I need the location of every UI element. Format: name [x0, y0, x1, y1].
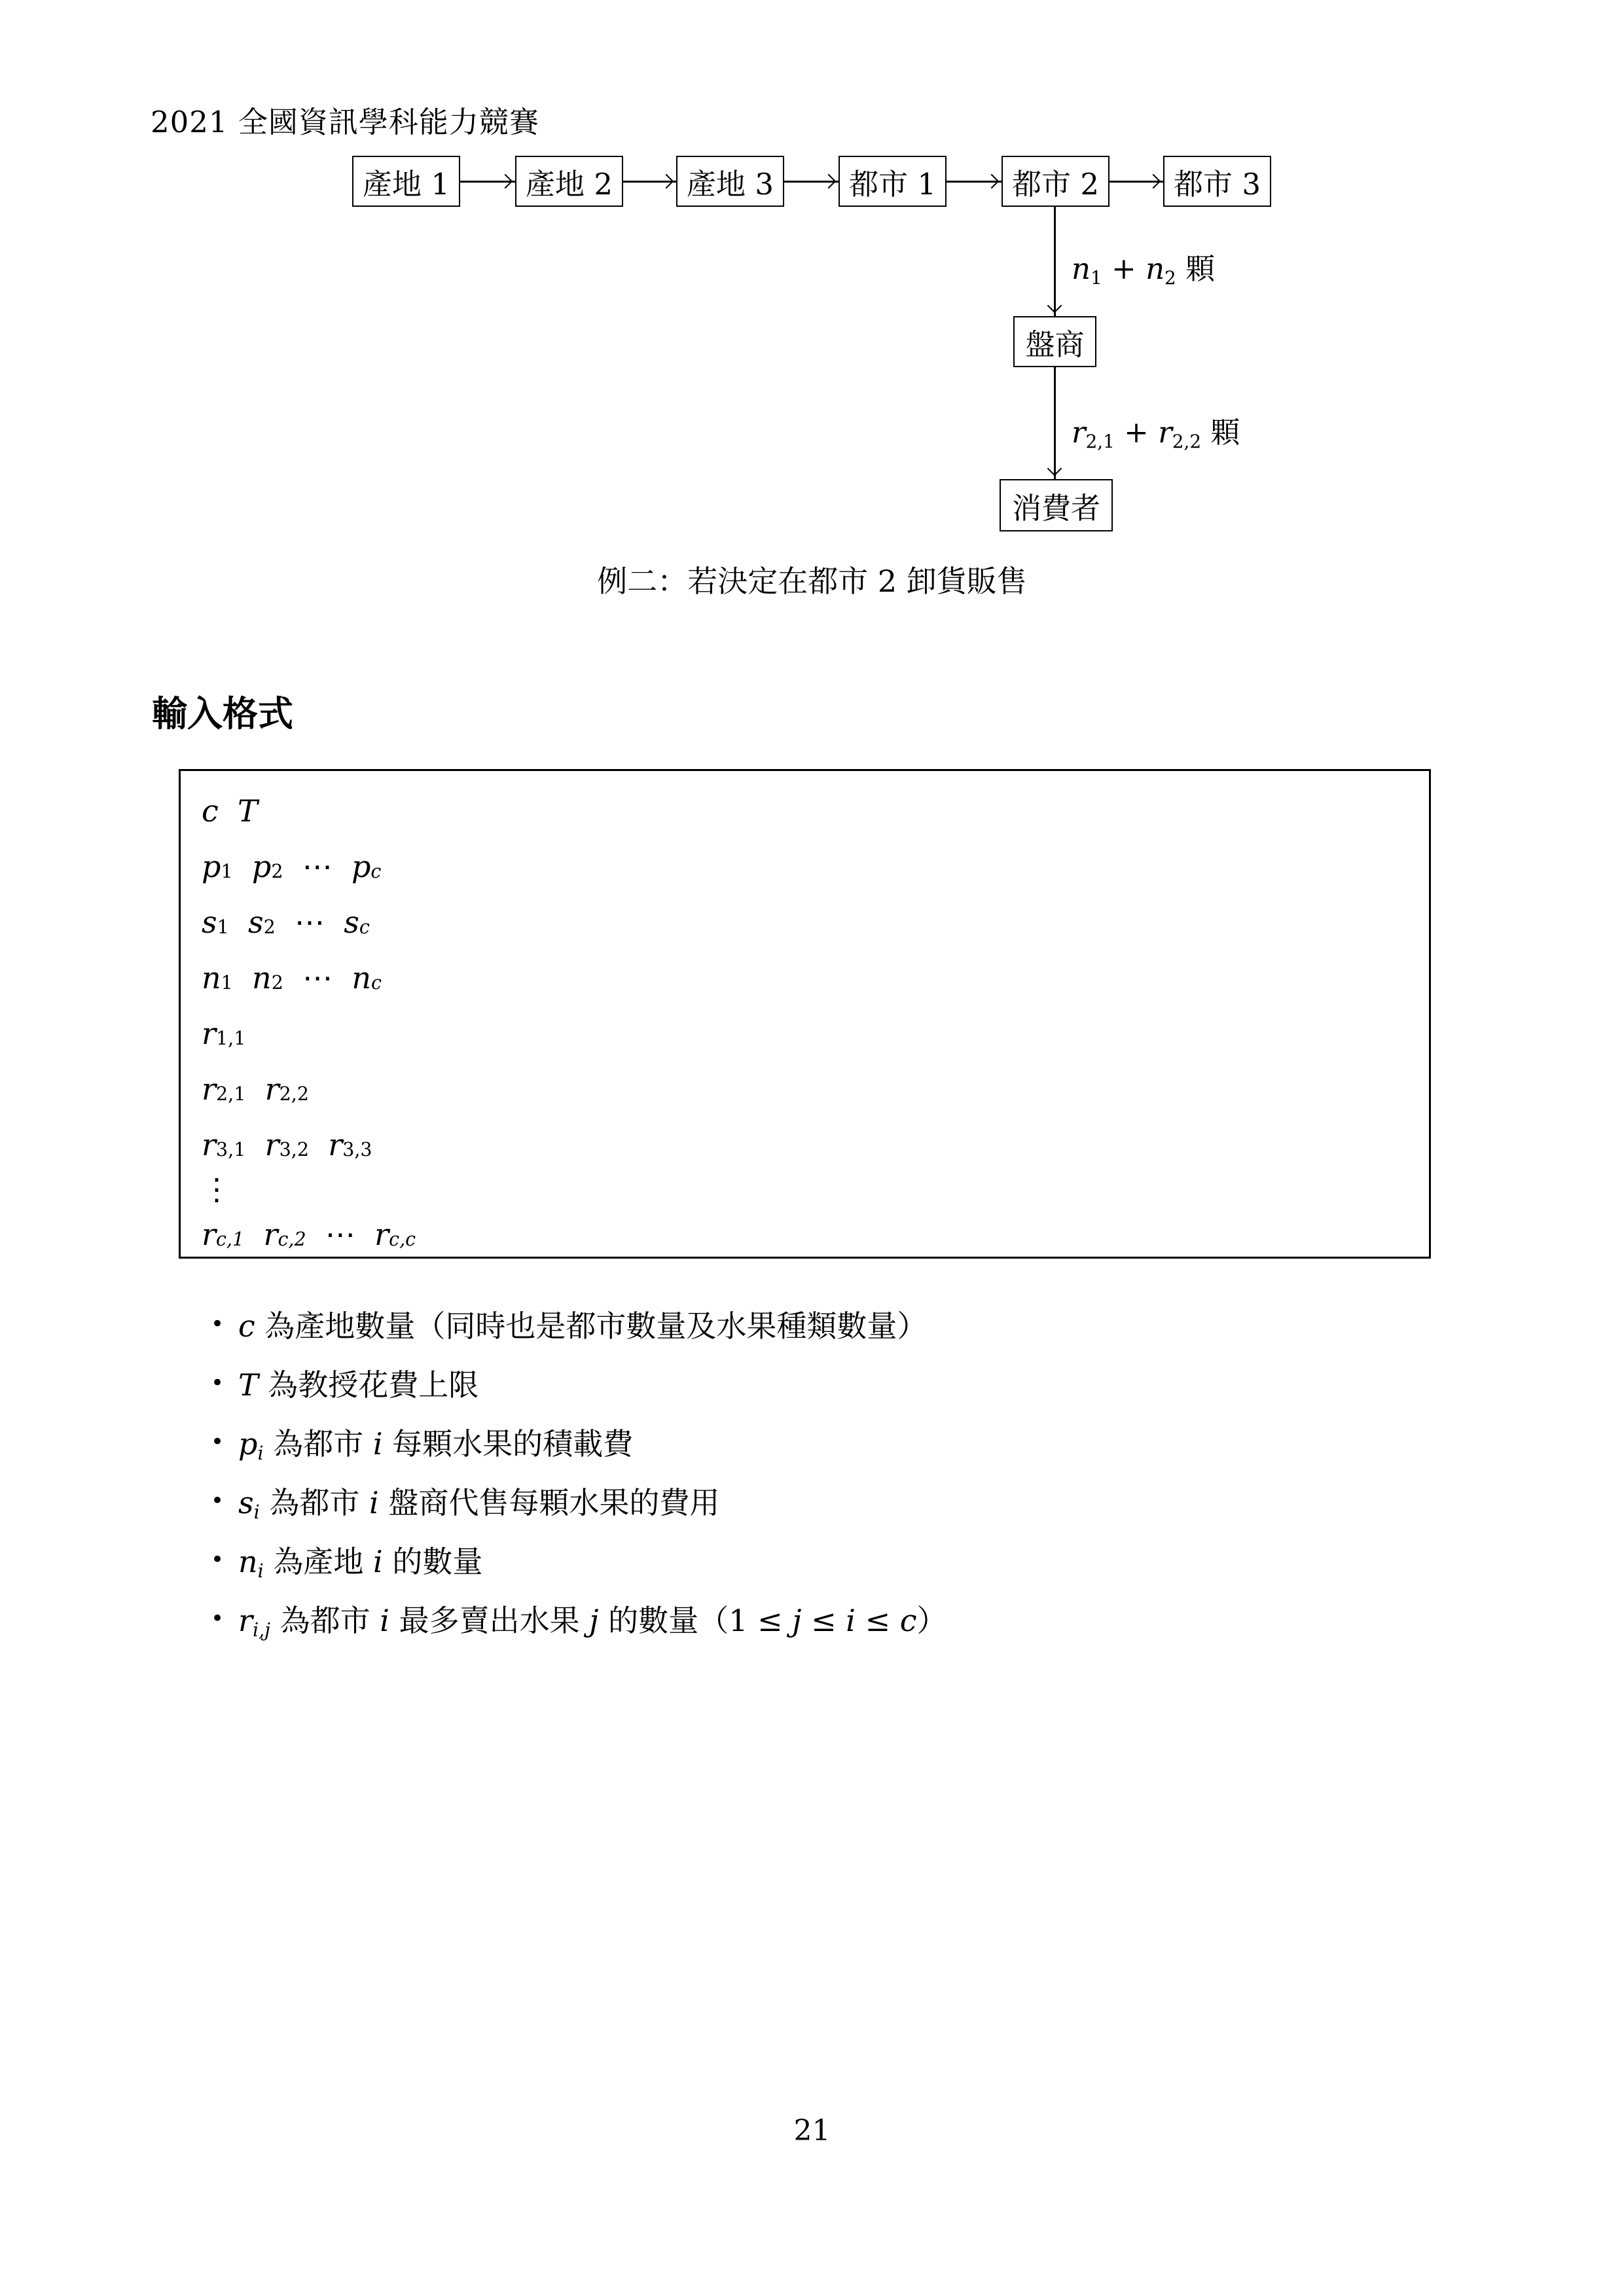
arrow2-label: r2,1 + r2,2 顆	[1072, 408, 1240, 451]
arrowhead-icon	[659, 174, 674, 189]
node-label: 都市 3	[1174, 160, 1261, 203]
node-consumer: 消費者	[1000, 479, 1113, 531]
arrowhead-icon	[821, 174, 837, 189]
input-format-heading: 輸入格式	[152, 686, 293, 736]
node-wholesaler: 盤商	[1013, 316, 1096, 367]
list-item-text: ri,j 為都市 i 最多賣出水果 j 的數量（1 ≤ j ≤ i ≤ c）	[238, 1597, 947, 1640]
format-line-5: r1,1	[202, 1005, 1429, 1061]
list-item-text: si 為都市 i 盤商代售每顆水果的費用	[238, 1479, 719, 1522]
node-origin-2: 產地 2	[515, 156, 623, 207]
node-label: 產地 3	[687, 160, 774, 203]
bullet-icon: •	[211, 1370, 238, 1396]
node-city-2: 都市 2	[1001, 156, 1110, 207]
list-item-text: c 為產地數量（同時也是都市數量及水果種類數量）	[238, 1302, 927, 1346]
format-line-1: c T	[202, 783, 1429, 838]
list-item: •si 為都市 i 盤商代售每顆水果的費用	[211, 1471, 947, 1530]
bullet-icon: •	[211, 1547, 238, 1573]
list-item-text: T 為教授花費上限	[238, 1361, 478, 1405]
bullet-icon: •	[211, 1488, 238, 1514]
diagram-caption: 例二：若決定在都市 2 卸貨販售	[0, 558, 1624, 601]
list-item: •ni 為產地 i 的數量	[211, 1530, 947, 1589]
list-item: •c 為產地數量（同時也是都市數量及水果種類數量）	[211, 1295, 947, 1354]
list-item: •ri,j 為都市 i 最多賣出水果 j 的數量（1 ≤ j ≤ i ≤ c）	[211, 1589, 947, 1648]
node-label: 產地 2	[526, 160, 613, 203]
format-line-4: n1 n2 ⋯ nc	[202, 950, 1429, 1005]
arrowhead-icon	[984, 174, 1000, 189]
format-line-6: r2,1 r2,2	[202, 1061, 1429, 1117]
format-line-vdots: ⋮	[202, 1172, 1429, 1206]
list-item: •pi 為都市 i 每顆水果的積載費	[211, 1412, 947, 1471]
format-line-7: r3,1 r3,2 r3,3	[202, 1117, 1429, 1172]
document-page: 2021 全國資訊學科能力競賽 產地 1 產地 2 產地 3 都市 1 都市 2…	[0, 0, 1624, 2296]
format-line-8: rc,1 rc,2 ⋯ rc,c	[202, 1206, 1429, 1262]
node-city-3: 都市 3	[1163, 156, 1271, 207]
node-label: 都市 2	[1012, 160, 1099, 203]
arrowhead-icon	[1047, 298, 1062, 314]
node-city-1: 都市 1	[839, 156, 947, 207]
page-number: 21	[0, 2114, 1624, 2147]
node-label: 產地 1	[363, 160, 450, 203]
format-line-2: p1 p2 ⋯ pc	[202, 838, 1429, 894]
node-origin-1: 產地 1	[352, 156, 460, 207]
bullet-icon: •	[211, 1605, 238, 1632]
bullet-icon: •	[211, 1311, 238, 1337]
list-item-text: ni 為產地 i 的數量	[238, 1538, 482, 1581]
list-item-text: pi 為都市 i 每顆水果的積載費	[238, 1420, 633, 1463]
definition-list: •c 為產地數量（同時也是都市數量及水果種類數量） •T 為教授花費上限 •pi…	[211, 1295, 947, 1648]
format-line-3: s1 s2 ⋯ sc	[202, 894, 1429, 950]
list-item: •T 為教授花費上限	[211, 1354, 947, 1412]
arrow1-label: n1 + n2 顆	[1072, 245, 1215, 287]
node-origin-3: 產地 3	[676, 156, 784, 207]
input-format-box: c T p1 p2 ⋯ pc s1 s2 ⋯ sc n1 n2 ⋯ nc r1,…	[179, 769, 1431, 1259]
bullet-icon: •	[211, 1429, 238, 1455]
arrowhead-icon	[1047, 461, 1062, 476]
node-label: 盤商	[1025, 321, 1084, 363]
arrowhead-icon	[1146, 174, 1161, 189]
node-label: 消費者	[1012, 484, 1100, 527]
page-header: 2021 全國資訊學科能力競賽	[151, 98, 539, 141]
node-label: 都市 1	[849, 160, 936, 203]
arrowhead-icon	[498, 174, 513, 189]
